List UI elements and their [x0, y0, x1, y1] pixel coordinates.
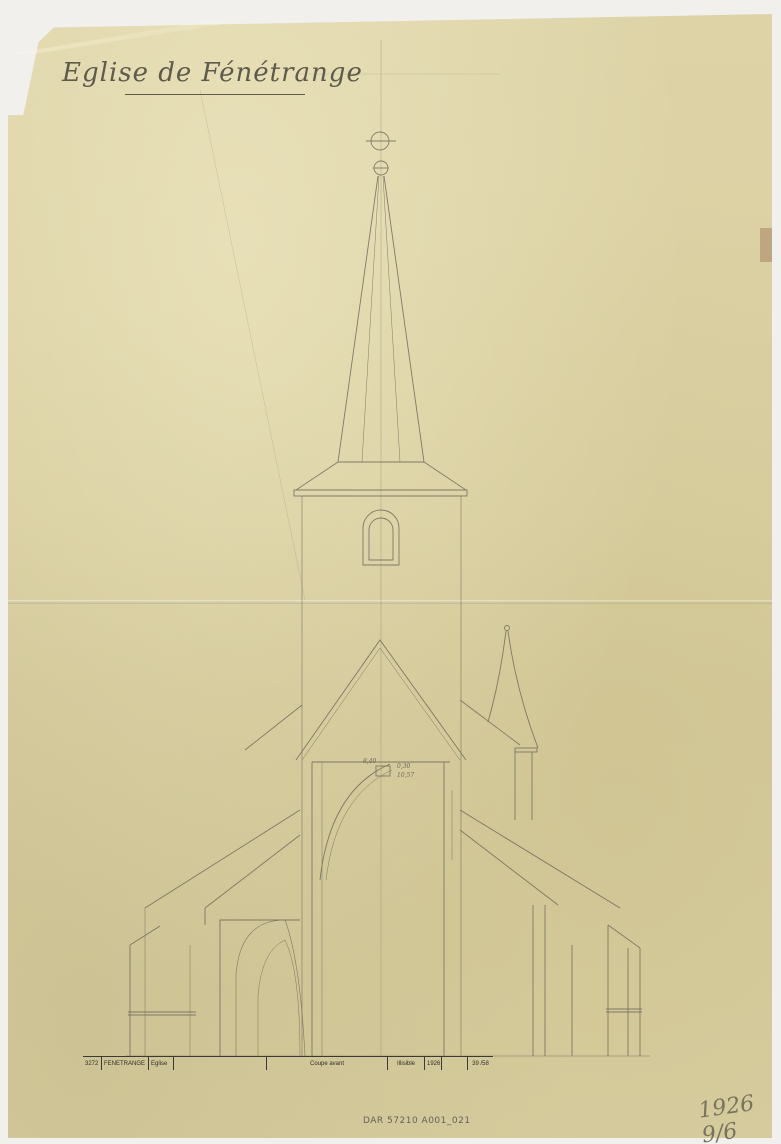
title-underline: [125, 94, 305, 95]
label-building: Eglise: [148, 1057, 173, 1070]
dimension-beam-right-1: 0,30: [397, 763, 411, 770]
archive-label-table: 3272 FENETRANGE Eglise Coupe avant Illis…: [83, 1056, 493, 1070]
label-blank-2: [441, 1057, 467, 1070]
label-year: 1926: [424, 1057, 441, 1070]
archive-reference-code: DAR 57210 A001_021: [363, 1116, 471, 1126]
handwritten-title: Eglise de Fénétrange: [62, 58, 363, 88]
label-blank-1: [173, 1057, 266, 1070]
church-elevation-drawing: 8,40 0,30 10,57: [0, 0, 781, 1144]
label-author: Illisible: [387, 1057, 424, 1070]
label-commune: FENETRANGE: [101, 1057, 148, 1070]
dimension-top-beam: 8,40: [363, 758, 377, 765]
handwritten-date: 1926 9/6: [697, 1088, 781, 1144]
label-sheet: 39 /58: [467, 1057, 493, 1070]
label-number: 3272: [83, 1057, 101, 1070]
dimension-beam-right-2: 10,57: [397, 772, 414, 779]
label-view: Coupe avant: [266, 1057, 387, 1070]
